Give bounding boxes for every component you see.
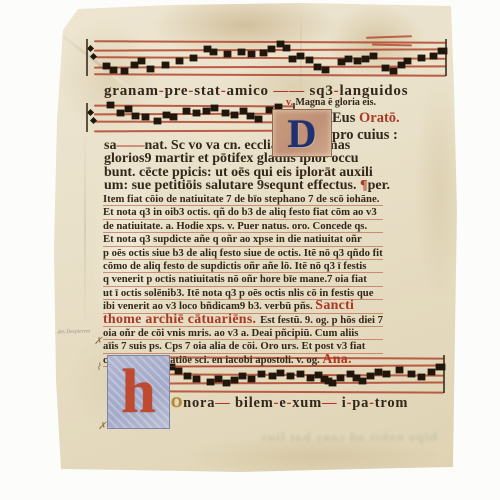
- text-segment: oia oñr de cōi vnis mris. ao v3 a. Deai …: [103, 327, 358, 339]
- text-segment: Ana.: [322, 352, 351, 367]
- music-staff: [94, 105, 294, 130]
- text-line: glorios9 martir et pōtifex gladiis ipior…: [104, 152, 390, 165]
- neume-note: [107, 102, 114, 108]
- text-segment: stat: [194, 83, 221, 99]
- neume-note: [404, 58, 411, 64]
- chant-line-2: Onora— bilem-e-xum— i-pa-trom: [171, 394, 408, 412]
- rubric-text: Item fiat cōio de natiuitate 7 de bīo st…: [103, 193, 383, 367]
- neume-note: [193, 110, 200, 116]
- rubric-line: Et nota q3 in oib3 octis. qñ do b3 de al…: [103, 206, 383, 219]
- text-segment: xum: [292, 395, 322, 411]
- text-segment: bilem: [235, 395, 274, 411]
- text-segment: Et nota q3 in oib3 octis. qñ do b3 de al…: [103, 206, 377, 218]
- illuminated-initial-h: h: [107, 355, 170, 429]
- rubric-line: p oēs octis siue b3 de aliq festo siue d…: [103, 247, 383, 260]
- text-segment: per.: [368, 178, 390, 193]
- parchment-leaf: granam-pre-stat-amico —— sq3-languidosv.…: [0, 0, 500, 500]
- neume-note: [175, 368, 182, 374]
- neume-note: [322, 67, 329, 73]
- neume-note: [362, 56, 369, 62]
- show-through-text: btpo nobis ad cany bat fius: [212, 429, 437, 445]
- neume-note: [121, 68, 128, 74]
- versicle-magna: v. Magna ē gloria eis.: [286, 97, 376, 109]
- text-segment: trom: [375, 395, 409, 411]
- text-segment: —: [215, 395, 235, 411]
- neume-note: [110, 67, 117, 73]
- fold-crease: [84, 120, 86, 330]
- staff-line: [94, 40, 446, 43]
- neume-note: [238, 49, 245, 55]
- neume-note: [103, 63, 110, 69]
- neume-note: [184, 373, 191, 379]
- neume-note: [203, 108, 210, 114]
- neume-note: [375, 369, 382, 375]
- text-segment: q venerit p octis natiuitatis nō oñr hor…: [103, 273, 367, 285]
- initial-letter: h: [121, 357, 155, 428]
- text-segment: cōmo de aliq festo de supdictis oñr añe …: [103, 260, 366, 272]
- parchment-stain: [415, 80, 463, 300]
- eus-oratio: Eus Oratō.: [332, 110, 400, 126]
- collect-text: sa——nat. Sc vo va cn. ecclia btis thomas…: [104, 139, 390, 193]
- neume-note: [283, 45, 290, 51]
- neume-note: [269, 373, 276, 379]
- neume-note: [176, 58, 183, 64]
- neume-note: [314, 64, 321, 70]
- neume-note: [222, 110, 229, 116]
- text-segment: Sancti: [315, 298, 354, 313]
- staff-barline: [445, 39, 447, 76]
- text-segment: e: [279, 395, 286, 411]
- text-segment: Magna ē gloria eis.: [295, 97, 376, 108]
- neume-note: [142, 114, 149, 120]
- text-segment: pre: [165, 83, 189, 99]
- neume-note: [428, 369, 435, 375]
- text-segment: de natiuitate. a. Hodie xps. v. Puer nat…: [103, 220, 367, 232]
- text-line: Eus Oratō.: [332, 110, 400, 126]
- neume-note: [418, 55, 425, 61]
- staff-barline: [86, 39, 88, 76]
- neume-note: [132, 113, 139, 119]
- neume-note: [354, 58, 361, 64]
- clef-mark: [90, 117, 97, 124]
- neume-note: [287, 373, 294, 379]
- penwork-flourish: ✗: [98, 421, 106, 432]
- neume-note: [211, 105, 218, 111]
- neume-note: [138, 58, 145, 64]
- neume-note: [418, 374, 425, 380]
- text-segment: Item fiat cōio de natiuitate 7 de bīo st…: [103, 193, 379, 205]
- illuminated-initial-d: D: [272, 109, 332, 157]
- staff-line: [94, 129, 294, 131]
- neume-note: [396, 367, 403, 373]
- neume-note: [240, 108, 247, 114]
- text-line: um: sue petitiōis salutare 9sequnt effec…: [104, 179, 390, 192]
- neume-note: [268, 46, 275, 52]
- text-segment: pa: [352, 395, 369, 411]
- text-line: v. Magna ē gloria eis.: [286, 97, 376, 109]
- neume-note: [289, 56, 296, 62]
- neume-note: [210, 49, 217, 55]
- rubric-line: oia oñr de cōi vnis mris. ao v3 a. Deai …: [103, 327, 383, 340]
- neume-note: [337, 375, 344, 381]
- text-segment: ¶: [360, 178, 368, 193]
- neume-note: [162, 62, 169, 68]
- rubric-line: thome archiē cātuariēns. Est festū. 9. o…: [103, 314, 383, 327]
- text-segment: thome archiē cātuariēns.: [103, 312, 260, 327]
- text-segment: Eus: [332, 110, 359, 126]
- neume-note: [255, 116, 262, 122]
- neume-note: [338, 59, 345, 65]
- text-segment: O: [171, 395, 183, 411]
- rubric-line: Item fiat cōio de natiuitate 7 de bīo st…: [103, 193, 383, 206]
- neume-note: [297, 371, 304, 377]
- staff-barline: [86, 103, 88, 132]
- neume-note: [383, 371, 390, 377]
- neume-note: [170, 114, 177, 120]
- rubric-line: q venerit p octis natiuitatis nō oñr hor…: [103, 273, 383, 286]
- neume-note: [224, 51, 231, 57]
- neume-note: [207, 379, 214, 385]
- neume-note: [329, 380, 336, 386]
- text-line: sa——nat. Sc vo va cn. ecclia btis thomas: [104, 139, 390, 152]
- neume-note: [163, 112, 170, 118]
- neume-note: [277, 370, 284, 376]
- rubric-line: cōmo de aliq festo de supdictis oñr añe …: [103, 260, 383, 273]
- rubric-line: Et nota q3 supdicte añe q oñr ao xpse in…: [103, 233, 383, 246]
- neume-note: [430, 53, 437, 59]
- staff-line: [94, 121, 294, 123]
- music-staff: [94, 41, 446, 74]
- neume-note: [258, 371, 265, 377]
- neume-note: [345, 56, 352, 62]
- text-segment: Oratō.: [359, 110, 400, 126]
- neume-note: [193, 376, 200, 382]
- text-segment: ut ī octis solēnib3. Itē nota q3 p oēs o…: [103, 287, 373, 299]
- text-segment: aīis 7 suis ps. Cps 7 oia alia de cōi. O…: [103, 340, 365, 352]
- neume-note: [215, 376, 222, 382]
- neume-note: [154, 118, 161, 124]
- neume-note: [231, 112, 238, 118]
- neume-note: [307, 375, 314, 381]
- neume-note: [260, 50, 267, 56]
- neume-note: [125, 106, 132, 112]
- neume-note: [297, 53, 304, 59]
- neume-note: [147, 66, 154, 72]
- neume-note: [390, 68, 397, 74]
- neume-note: [306, 57, 313, 63]
- initial-letter: D: [288, 110, 317, 157]
- text-segment: p oēs octis siue b3 de aliq festo siue d…: [103, 247, 383, 259]
- text-segment: Et nota q3 supdicte añe q oñr ao xpse in…: [103, 233, 362, 245]
- text-segment: Est festū. 9. og. p hōs diei 7: [260, 314, 383, 326]
- text-segment: —: [322, 395, 342, 411]
- staff-line: [94, 105, 294, 107]
- clef-mark: [87, 45, 94, 52]
- neume-note: [247, 113, 254, 119]
- text-line: bunt. cēcte ppicis: ut oēs qui eis iplor…: [104, 166, 390, 179]
- clef-mark: [90, 53, 97, 60]
- staff-line: [166, 390, 444, 393]
- neume-note: [436, 364, 445, 370]
- neume-note: [248, 376, 255, 382]
- neume-note: [131, 62, 138, 68]
- neume-note: [248, 51, 255, 57]
- neume-note: [190, 55, 197, 61]
- neume-note: [367, 373, 374, 379]
- neume-note: [223, 380, 230, 386]
- neume-note: [183, 108, 190, 114]
- penwork-flourish: ⌇: [96, 362, 101, 373]
- staff-barline: [443, 355, 445, 393]
- text-segment: amico: [227, 83, 269, 99]
- neume-note: [438, 48, 447, 54]
- text-segment: ibi venerit ao v3 loco bñdicam9 b3. verb…: [103, 300, 315, 312]
- staff-line: [166, 373, 444, 376]
- clef-mark: [87, 109, 94, 116]
- rubric-line: de natiuitate. a. Hodie xps. v. Puer nat…: [103, 220, 383, 233]
- text-segment: nora: [183, 395, 215, 411]
- margin-annotation: de la chap. des Despierres: [32, 328, 110, 336]
- neume-note: [239, 373, 246, 379]
- text-line: Onora— bilem-e-xum— i-pa-trom: [171, 394, 408, 412]
- neume-note: [408, 371, 415, 377]
- red-ink-mark: [366, 35, 412, 38]
- manuscript-photo: granam-pre-stat-amico —— sq3-languidosv.…: [0, 0, 500, 500]
- neume-note: [370, 53, 377, 59]
- staff-line: [94, 57, 446, 60]
- neume-note: [382, 65, 389, 71]
- text-segment: granam: [104, 83, 159, 99]
- neume-note: [231, 377, 238, 383]
- neume-note: [359, 378, 366, 384]
- neume-note: [117, 110, 124, 116]
- text-segment: um: sue petitiōis salutare 9sequnt effec…: [104, 178, 360, 193]
- penwork-flourish: ✗: [94, 336, 102, 347]
